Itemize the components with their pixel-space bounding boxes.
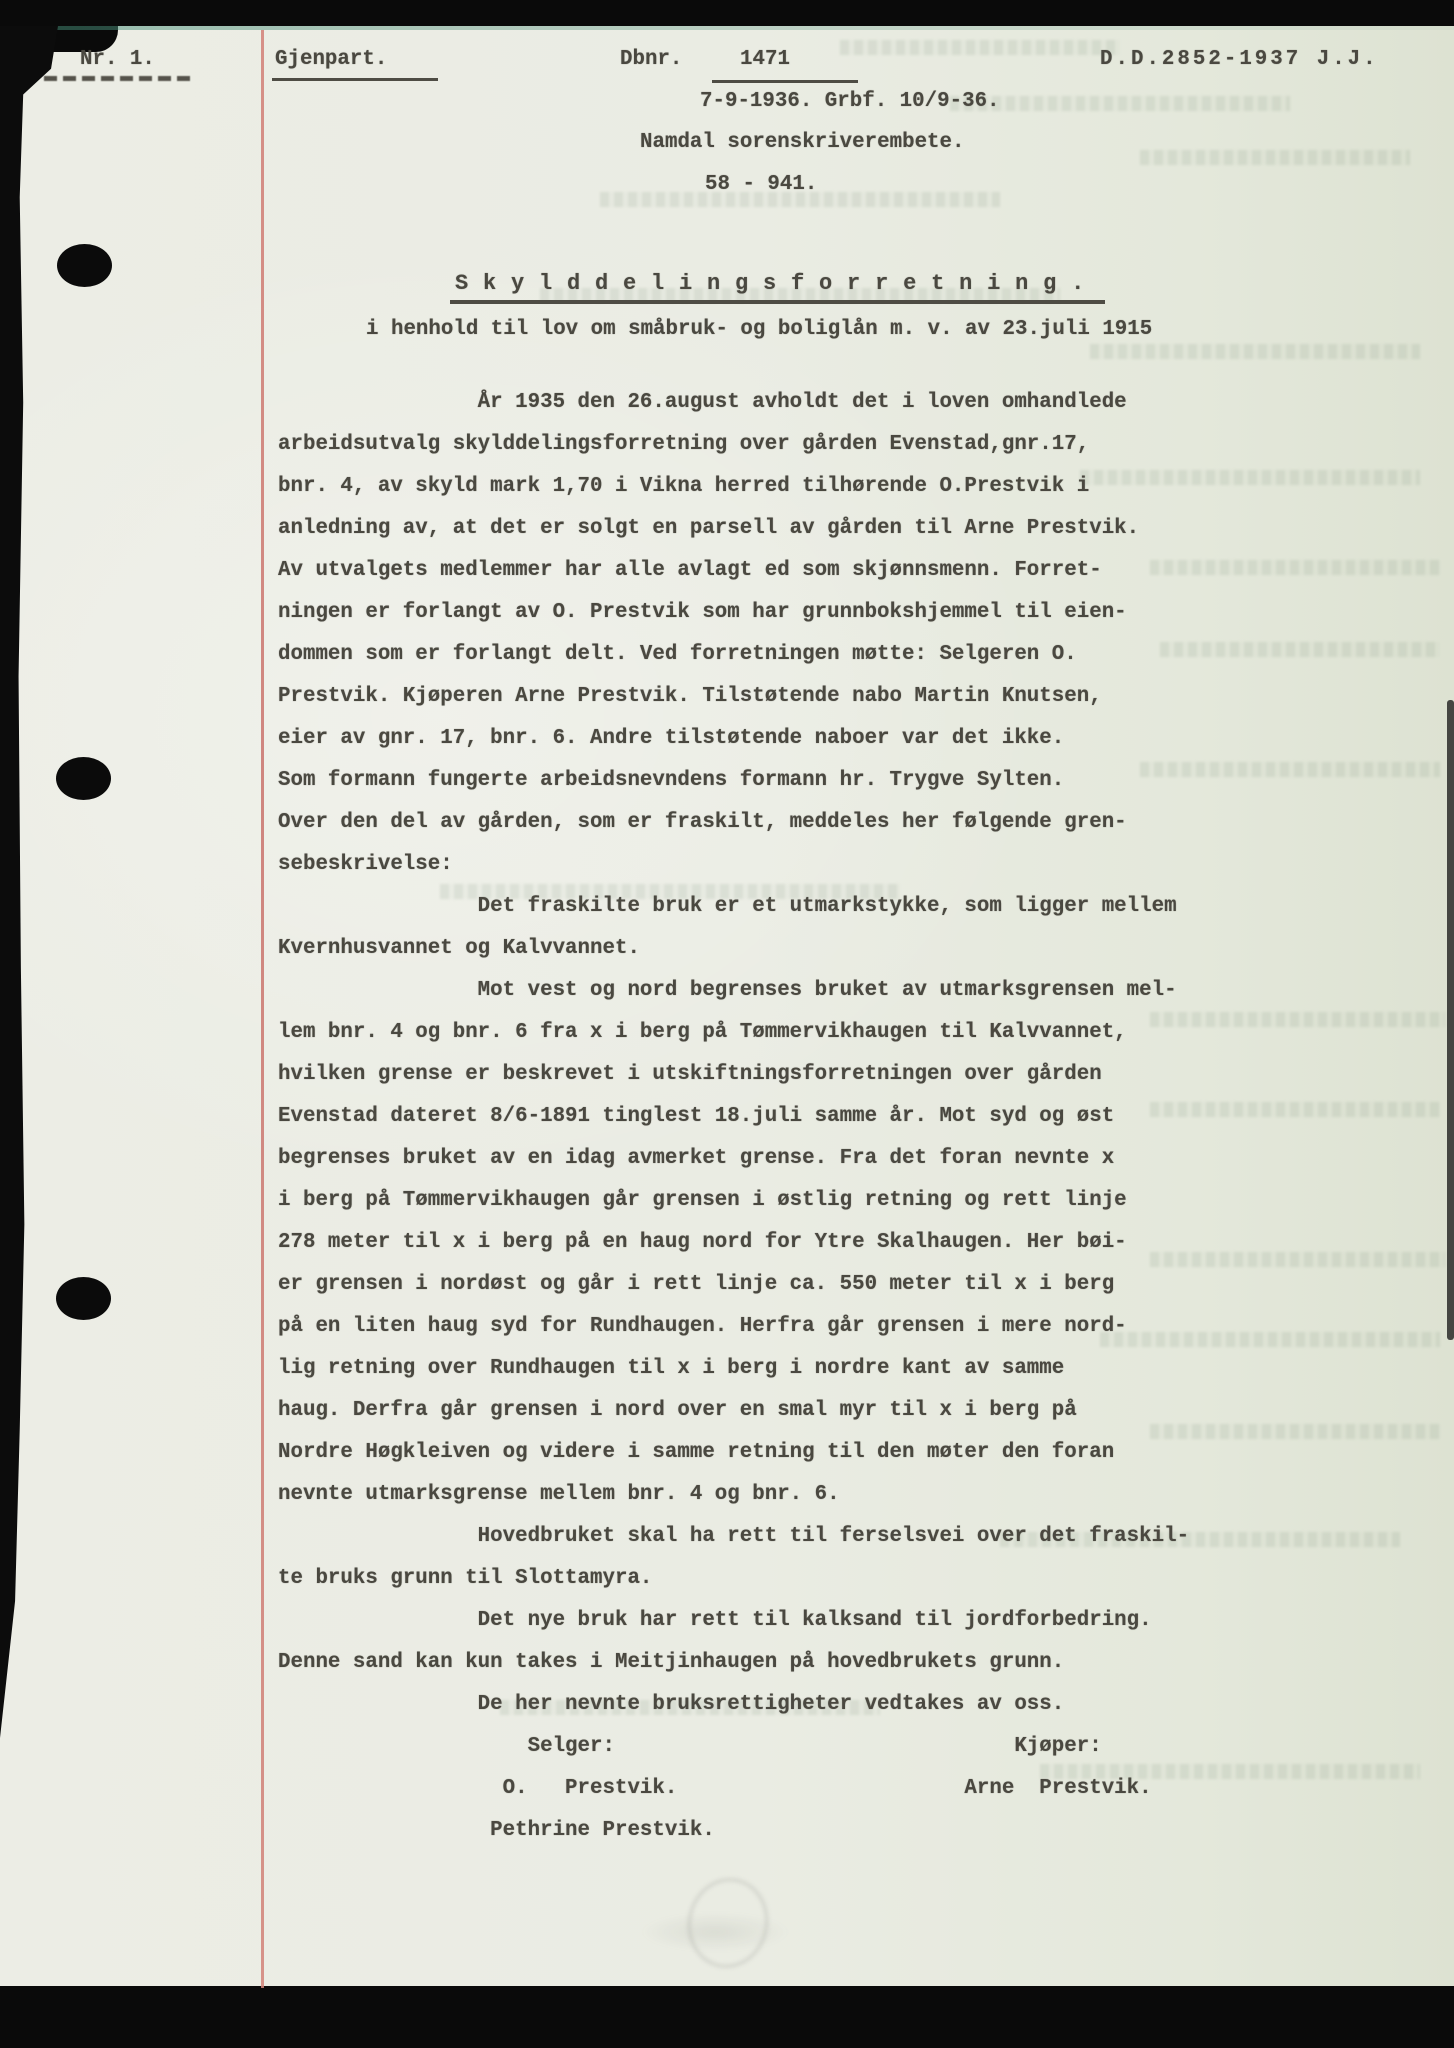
document-title-underline <box>450 300 1105 304</box>
bleedthrough-artifact <box>1150 1424 1440 1439</box>
journal-number-value: 1471 <box>740 48 790 72</box>
office-name: Namdal sorenskriverembete. <box>640 131 964 155</box>
scan-top-edge <box>0 0 1454 26</box>
page-number: Nr. 1. <box>80 48 155 72</box>
page-number-underline <box>44 76 194 81</box>
bleedthrough-artifact <box>840 40 1120 55</box>
date-line: 7-9-1936. Grbf. 10/9-36. <box>700 90 1000 114</box>
deed-reference: D.D.2852-1937 J.J. <box>1100 48 1379 72</box>
bleedthrough-artifact <box>1150 560 1440 575</box>
document-subtitle: i henhold til lov om småbruk- og boliglå… <box>366 318 1152 342</box>
bleedthrough-artifact <box>1160 642 1440 657</box>
stamp-artifact <box>640 1912 790 1952</box>
scan-left-edge <box>0 26 58 1738</box>
scan-edge-tint <box>0 26 1454 30</box>
bleedthrough-artifact <box>1150 1102 1440 1117</box>
bleedthrough-artifact <box>1150 1252 1445 1267</box>
bleedthrough-artifact <box>1140 150 1410 165</box>
punch-hole <box>56 1277 111 1320</box>
bleedthrough-artifact <box>950 96 1290 111</box>
copy-label: Gjenpart. <box>275 48 387 72</box>
document-body: År 1935 den 26.august avholdt det i love… <box>278 382 1189 1852</box>
journal-number-label: Dbnr. <box>620 48 682 72</box>
case-number: 58 - 941. <box>705 173 817 197</box>
bleedthrough-artifact <box>1090 344 1420 359</box>
scan-bottom-edge <box>0 1986 1454 2048</box>
bleedthrough-artifact <box>1150 1012 1445 1027</box>
journal-number-underline <box>712 80 858 83</box>
scan-right-edge <box>1447 700 1454 1340</box>
punch-hole <box>56 757 111 800</box>
document-title: S k y l d d e l i n g s f o r r e t n i … <box>455 272 1085 296</box>
margin-rule <box>261 30 264 1988</box>
scanned-document-page: Nr. 1. Gjenpart. Dbnr. 1471 D.D.2852-193… <box>0 0 1454 2048</box>
punch-hole <box>57 244 112 287</box>
copy-label-underline <box>272 78 438 81</box>
